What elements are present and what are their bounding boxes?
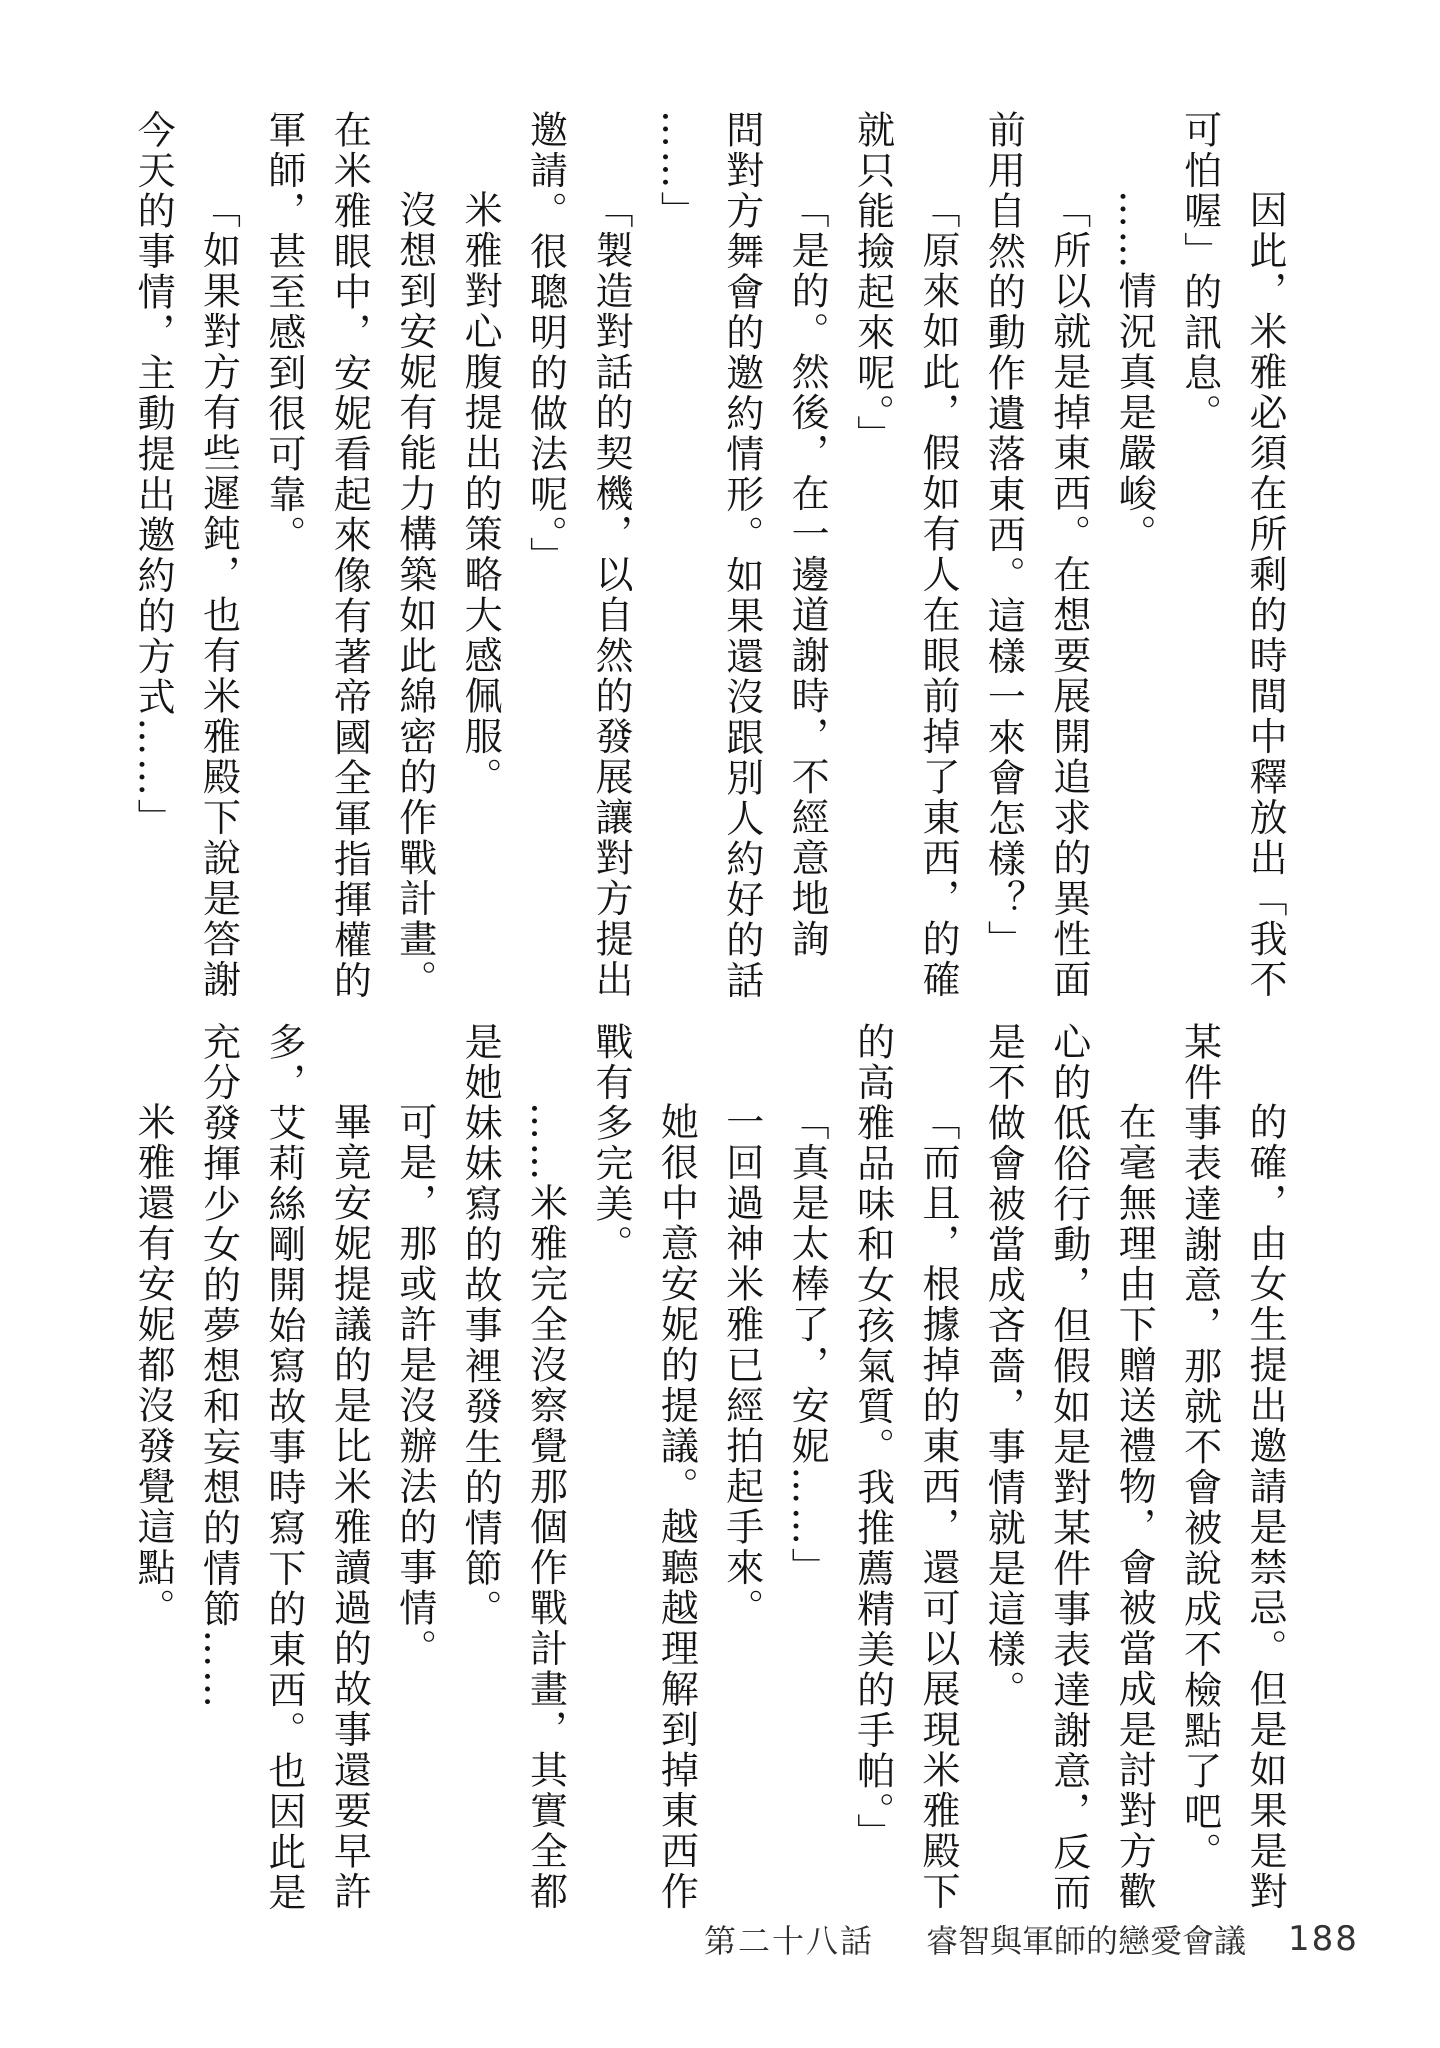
text-column: 的高雅品味和女孩氣質。我推薦精美的手帕。」 (839, 1022, 904, 1914)
text-column: 在毫無理由下贈送禮物，會被當成是討對方歡 (1101, 1022, 1166, 1914)
text-column: 邀請。很聰明的做法呢。」 (512, 110, 577, 1002)
text-column: 是她妹妹寫的故事裡發生的情節。 (447, 1022, 512, 1914)
text-column: 「真是太棒了，安妮……」 (774, 1022, 839, 1914)
text-column: 米雅還有安妮都沒發覺這點。 (120, 1022, 185, 1914)
text-column: 「如果對方有些遲鈍，也有米雅殿下說是答謝 (185, 110, 250, 1002)
text-column: 軍師，甚至感到很可靠。 (251, 110, 316, 1002)
text-column: 多，艾莉絲剛開始寫故事時寫下的東西。也因此是 (251, 1022, 316, 1914)
text-column: 因此，米雅必須在所剩的時間中釋放出「我不 (1232, 110, 1297, 1002)
text-column: 「所以就是掉東西。在想要展開追求的異性面 (1035, 110, 1100, 1002)
top-text-block: 因此，米雅必須在所剩的時間中釋放出「我不可怕喔」的訊息。……情況真是嚴峻。「所以… (119, 110, 1297, 1002)
text-column: 今天的事情，主動提出邀約的方式……」 (120, 110, 185, 1002)
text-column: 問對方舞會的邀約情形。如果還沒跟別人約好的話 (708, 110, 773, 1002)
text-column: 在米雅眼中，安妮看起來像有著帝國全軍指揮權的 (316, 110, 381, 1002)
text-column: 的確，由女生提出邀請是禁忌。但是如果是對 (1232, 1022, 1297, 1914)
text-column: 可怕喔」的訊息。 (1166, 110, 1231, 1002)
text-column: 畢竟安妮提議的是比米雅讀過的故事還要早許 (316, 1022, 381, 1914)
text-column: 「原來如此，假如有人在眼前掉了東西，的確 (905, 110, 970, 1002)
book-page: 因此，米雅必須在所剩的時間中釋放出「我不可怕喔」的訊息。……情況真是嚴峻。「所以… (0, 0, 1440, 2048)
text-column: 是不做會被當成吝嗇，事情就是這樣。 (970, 1022, 1035, 1914)
text-column: 一回過神米雅已經拍起手來。 (708, 1022, 773, 1914)
text-column: 心的低俗行動，但假如是對某件事表達謝意，反而 (1035, 1022, 1100, 1914)
bottom-text-block: 的確，由女生提出邀請是禁忌。但是如果是對某件事表達謝意，那就不會被說成不檢點了吧… (119, 1022, 1297, 1914)
text-column: ……情況真是嚴峻。 (1101, 110, 1166, 1002)
text-column: 「而且，根據掉的東西，還可以展現米雅殿下 (905, 1022, 970, 1914)
text-column: 前用自然的動作遺落東西。這樣一來會怎樣？」 (970, 110, 1035, 1002)
text-column: 可是，那或許是沒辦法的事情。 (381, 1022, 446, 1914)
text-column: 某件事表達謝意，那就不會被說成不檢點了吧。 (1166, 1022, 1231, 1914)
text-column: 「製造對話的契機，以自然的發展讓對方提出 (578, 110, 643, 1002)
text-column: 就只能撿起來呢。」 (839, 110, 904, 1002)
text-column: 她很中意安妮的提議。越聽越理解到掉東西作 (643, 1022, 708, 1914)
chapter-title: 睿智與軍師的戀愛會議 (926, 1916, 1246, 1962)
text-column: 沒想到安妮有能力構築如此綿密的作戰計畫。 (381, 110, 446, 1002)
page-footer: 第二十八話 睿智與軍師的戀愛會議 188 (704, 1916, 1359, 1962)
text-column: ……」 (643, 110, 708, 1002)
chapter-number: 第二十八話 (704, 1916, 874, 1962)
page-number: 188 (1288, 1919, 1359, 1959)
text-column: 米雅對心腹提出的策略大感佩服。 (447, 110, 512, 1002)
text-column: 「是的。然後，在一邊道謝時，不經意地詢 (774, 110, 839, 1002)
text-column: 充分發揮少女的夢想和妄想的情節…… (185, 1022, 250, 1914)
text-column: ……米雅完全沒察覺那個作戰計畫，其實全都 (512, 1022, 577, 1914)
text-column: 戰有多完美。 (578, 1022, 643, 1914)
